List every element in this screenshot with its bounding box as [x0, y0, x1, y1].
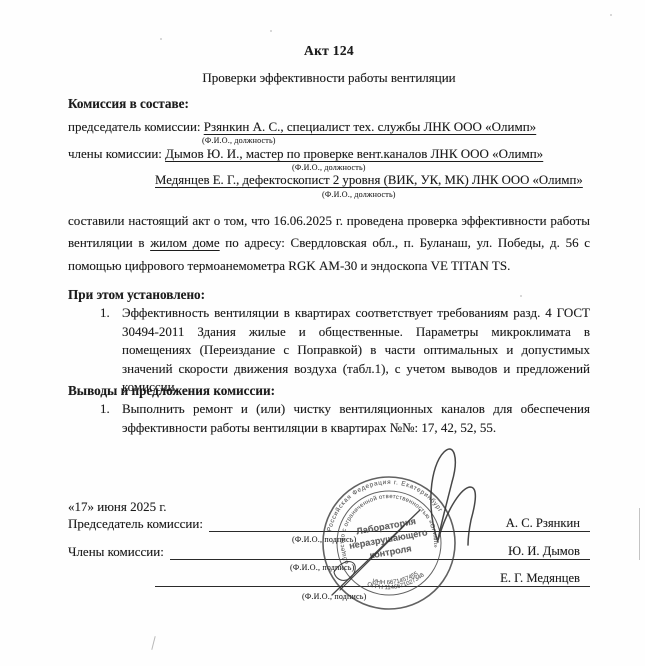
fio-position-note: (Ф.И.О., должность): [202, 136, 276, 145]
commission-heading: Комиссия в составе:: [68, 96, 590, 112]
conclusions-item: 1. Выполнить ремонт и (или) чистку венти…: [68, 400, 590, 437]
fio-position-note: (Ф.И.О., должность): [322, 190, 396, 199]
commission-member3-line: Медянцев Е. Г., дефектоскопист 2 уровня …: [155, 173, 583, 188]
scan-speck: [520, 295, 522, 297]
conclusions-item-text: Выполнить ремонт и (или) чистку вентиляц…: [122, 400, 590, 437]
member3-value: Медянцев Е. Г., дефектоскопист 2 уровня …: [155, 173, 583, 187]
members-label: члены комиссии:: [68, 146, 162, 161]
act-title: Акт 124: [68, 43, 590, 59]
scan-speck: [610, 14, 612, 16]
commission-chairman-line: председатель комиссии: Рзянкин А. С., сп…: [68, 119, 590, 135]
member2-value: Дымов Ю. И., мастер по проверке вент.кан…: [165, 146, 543, 161]
body-text-underlined: жилом доме: [150, 235, 219, 250]
document-page: Акт 124 Проверки эффективности работы ве…: [0, 0, 645, 666]
fio-position-note: (Ф.И.О., должность): [292, 163, 366, 172]
chairman-label: председатель комиссии:: [68, 119, 201, 134]
sig-members-label: Члены комиссии:: [68, 544, 170, 560]
act-body-paragraph: составили настоящий акт о том, что 16.06…: [68, 210, 590, 277]
scan-artifact-slash: [151, 636, 155, 650]
established-heading: При этом установлено:: [68, 287, 590, 303]
signature-ink: [298, 444, 533, 619]
scan-speck: [270, 30, 272, 32]
scan-speck: [160, 38, 162, 40]
signature-cross-stroke-2: [340, 526, 404, 590]
sig-chairman-label: Председатель комиссии:: [68, 516, 209, 532]
signature-loop-1: [431, 449, 455, 542]
act-subtitle: Проверки эффективности работы вентиляции: [68, 70, 590, 86]
scan-artifact-line: [639, 508, 640, 560]
conclusions-item-number: 1.: [100, 400, 115, 437]
commission-member2-line: члены комиссии: Дымов Ю. И., мастер по п…: [68, 146, 590, 162]
signature-cross-stroke-1: [332, 510, 420, 595]
conclusions-heading: Выводы и предложения комиссии:: [68, 383, 590, 399]
chairman-value: Рзянкин А. С., специалист тех. службы ЛН…: [204, 119, 536, 134]
